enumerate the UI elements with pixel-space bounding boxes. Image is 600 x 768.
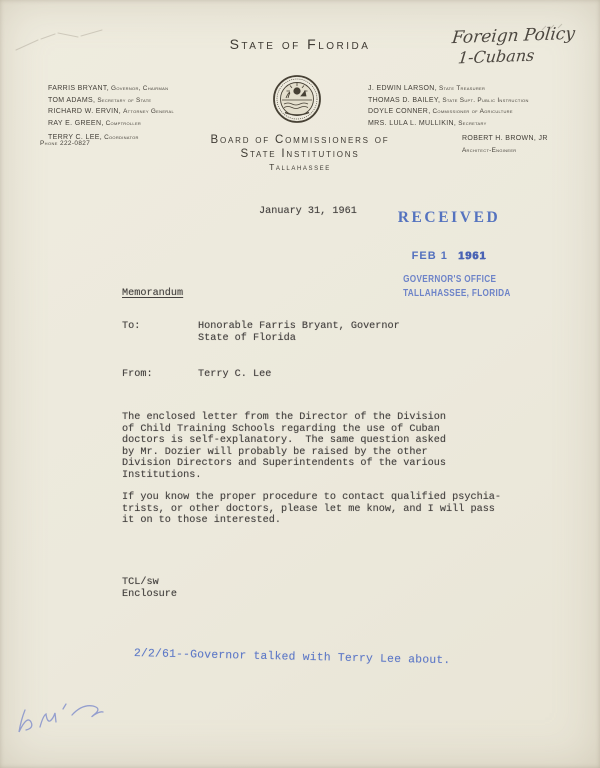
official-title: State Treasurer [439, 85, 485, 92]
memo-from-value: Terry C. Lee [198, 369, 271, 381]
stamp-office: GOVERNOR'S OFFICE [403, 274, 495, 285]
handwritten-initials-scribble-icon [10, 695, 125, 741]
stamp-received-text: RECEIVED [393, 209, 505, 227]
official-line: THOMAS D. BAILEY,State Supt. Public Inst… [368, 94, 529, 106]
memo-to-label: To: [122, 321, 140, 333]
official-name: RICHARD W. ERVIN, [48, 108, 121, 115]
official-name: FARRIS BRYANT, [48, 85, 109, 92]
official-line: FARRIS BRYANT,Governor, Chairman [48, 82, 174, 94]
official-name: THOMAS D. BAILEY, [368, 97, 440, 104]
letterhead-org-city: Tallahassee [0, 162, 600, 172]
official-title: Comptroller [106, 120, 141, 127]
scanned-memo-page: Foreign Policy 1-Cubans State of Florida… [0, 0, 600, 768]
official-line: MRS. LULA L. MULLIKIN,Secretary [368, 117, 529, 129]
letterhead-left-officials: FARRIS BRYANT,Governor, Chairman TOM ADA… [48, 82, 174, 128]
memo-typist-initials: TCL/sw [122, 577, 159, 589]
stamp-date-year: 1961 [458, 250, 486, 262]
memo-date: January 31, 1961 [259, 206, 357, 218]
architect-name: ROBERT H. BROWN, JR [462, 135, 548, 142]
memo-title: Memorandum [122, 288, 183, 300]
official-line: TOM ADAMS,Secretary of State [48, 94, 174, 106]
official-name: DOYLE CONNER, [368, 108, 431, 115]
official-line: DOYLE CONNER,Commissioner of Agriculture [368, 105, 529, 117]
official-title: Attorney General [123, 108, 174, 115]
official-line: RAY E. GREEN,Comptroller [48, 117, 174, 129]
letterhead-architect: ROBERT H. BROWN, JR Architect-Engineer [462, 132, 548, 155]
official-title: State Supt. Public Instruction [442, 97, 528, 104]
received-stamp: RECEIVED FEB 11961 GOVERNOR'S OFFICE TAL… [393, 209, 505, 299]
official-line: J. EDWIN LARSON,State Treasurer [368, 82, 529, 94]
memo-from-label: From: [122, 369, 153, 381]
stamp-city: TALLAHASSEE, FLORIDA [403, 288, 495, 299]
official-title: Commissioner of Agriculture [433, 108, 513, 115]
official-line: RICHARD W. ERVIN,Attorney General [48, 105, 174, 117]
official-title: Secretary of State [97, 97, 151, 104]
stamp-date-day: FEB 1 [412, 250, 448, 262]
architect-title: Architect-Engineer [462, 147, 517, 154]
official-name: MRS. LULA L. MULLIKIN, [368, 120, 456, 127]
florida-state-seal-icon [272, 74, 322, 124]
official-title: Secretary [458, 120, 486, 127]
memo-paragraph-1: The enclosed letter from the Director of… [122, 412, 502, 482]
followup-typed-note: 2/2/61--Governor talked with Terry Lee a… [134, 648, 451, 667]
memo-enclosure: Enclosure [122, 589, 177, 601]
official-name: TOM ADAMS, [48, 97, 95, 104]
stamp-date: FEB 11961 [393, 250, 505, 262]
letterhead-state-title: State of Florida [0, 36, 600, 52]
letterhead-right-officials: J. EDWIN LARSON,State Treasurer THOMAS D… [368, 82, 529, 128]
official-name: RAY E. GREEN, [48, 120, 104, 127]
official-name: J. EDWIN LARSON, [368, 85, 437, 92]
memo-to-value: Honorable Farris Bryant, Governor State … [198, 321, 400, 344]
memo-paragraph-2: If you know the proper procedure to cont… [122, 492, 522, 527]
official-title: Governor, Chairman [111, 85, 168, 92]
